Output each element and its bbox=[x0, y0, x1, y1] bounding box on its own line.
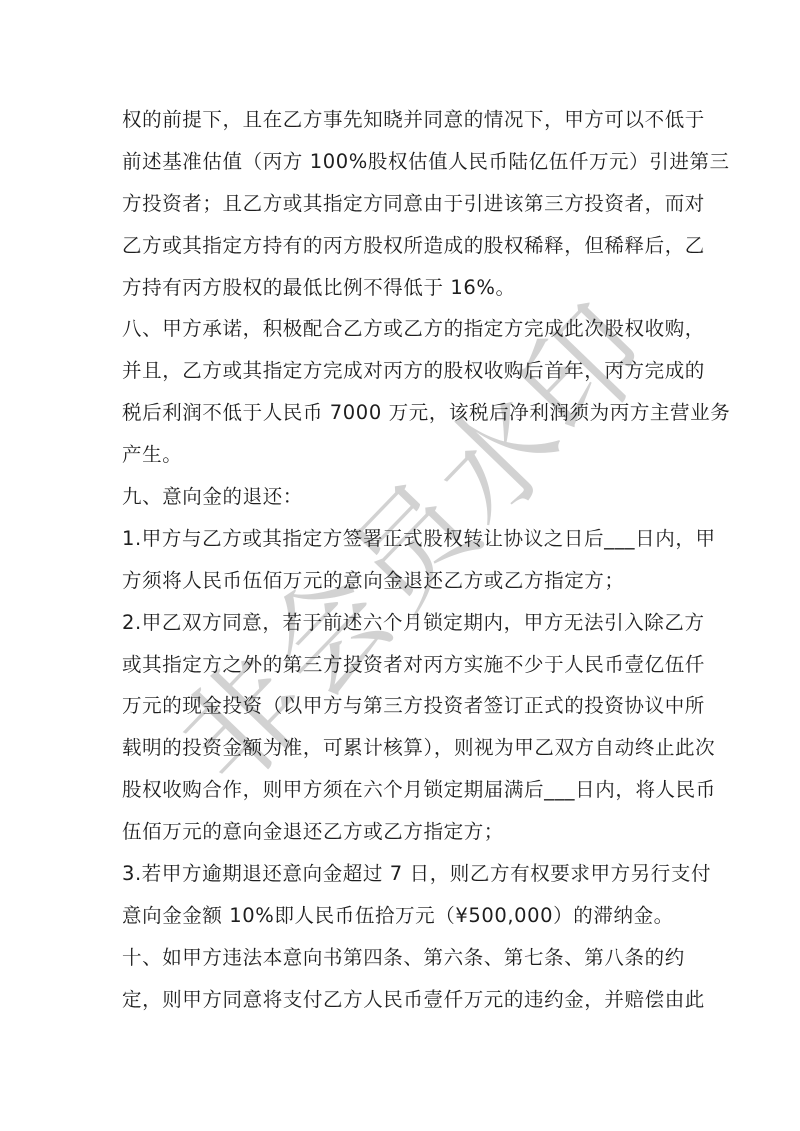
text-line: 股权收购合作，则甲方须在六个月锁定期届满后___日内，将人民币 bbox=[122, 769, 678, 811]
text-line: 乙方或其指定方持有的丙方股权所造成的股权稀释，但稀释后，乙 bbox=[122, 225, 678, 267]
clause-9-item-1-line: 1.甲方与乙方或其指定方签署正式股权转让协议之日后___日内，甲 bbox=[122, 518, 678, 560]
text-line: 定，则甲方同意将支付乙方人民币壹仟万元的违约金，并赔偿由此 bbox=[122, 979, 678, 1021]
text-line: 载明的投资金额为准，可累计核算），则视为甲乙双方自动终止此次 bbox=[122, 727, 678, 769]
clause-8-heading-line: 八、甲方承诺，积极配合乙方或乙方的指定方完成此次股权收购， bbox=[122, 308, 678, 350]
document-body: 权的前提下，且在乙方事先知晓并同意的情况下，甲方可以不低于 前述基准估值（丙方 … bbox=[122, 99, 678, 1021]
text-line: 税后利润不低于人民币 7000 万元，该税后净利润须为丙方主营业务 bbox=[122, 392, 678, 434]
text-line: 产生。 bbox=[122, 434, 678, 476]
text-line: 方持有丙方股权的最低比例不得低于 16%。 bbox=[122, 267, 678, 309]
clause-9-item-2-line: 2.甲乙双方同意，若于前述六个月锁定期内，甲方无法引入除乙方 bbox=[122, 602, 678, 644]
text-line: 方须将人民币伍佰万元的意向金退还乙方或乙方指定方； bbox=[122, 560, 678, 602]
text-line: 前述基准估值（丙方 100%股权估值人民币陆亿伍仟万元）引进第三 bbox=[122, 141, 678, 183]
text-line: 权的前提下，且在乙方事先知晓并同意的情况下，甲方可以不低于 bbox=[122, 99, 678, 141]
text-line: 伍佰万元的意向金退还乙方或乙方指定方； bbox=[122, 811, 678, 853]
clause-9-heading: 九、意向金的退还： bbox=[122, 476, 678, 518]
clause-10-heading-line: 十、如甲方违法本意向书第四条、第六条、第七条、第八条的约 bbox=[122, 937, 678, 979]
text-line: 并且，乙方或其指定方完成对丙方的股权收购后首年，丙方完成的 bbox=[122, 350, 678, 392]
document-page: 非会员水印 权的前提下，且在乙方事先知晓并同意的情况下，甲方可以不低于 前述基准… bbox=[0, 0, 800, 1131]
text-line: 万元的现金投资（以甲方与第三方投资者签订正式的投资协议中所 bbox=[122, 685, 678, 727]
text-line: 方投资者；且乙方或其指定方同意由于引进该第三方投资者，而对 bbox=[122, 183, 678, 225]
clause-9-item-3-line: 3.若甲方逾期退还意向金超过 7 日，则乙方有权要求甲方另行支付 bbox=[122, 853, 678, 895]
text-line: 意向金金额 10%即人民币伍拾万元（¥500,000）的滞纳金。 bbox=[122, 895, 678, 937]
text-line: 或其指定方之外的第三方投资者对丙方实施不少于人民币壹亿伍仟 bbox=[122, 644, 678, 686]
